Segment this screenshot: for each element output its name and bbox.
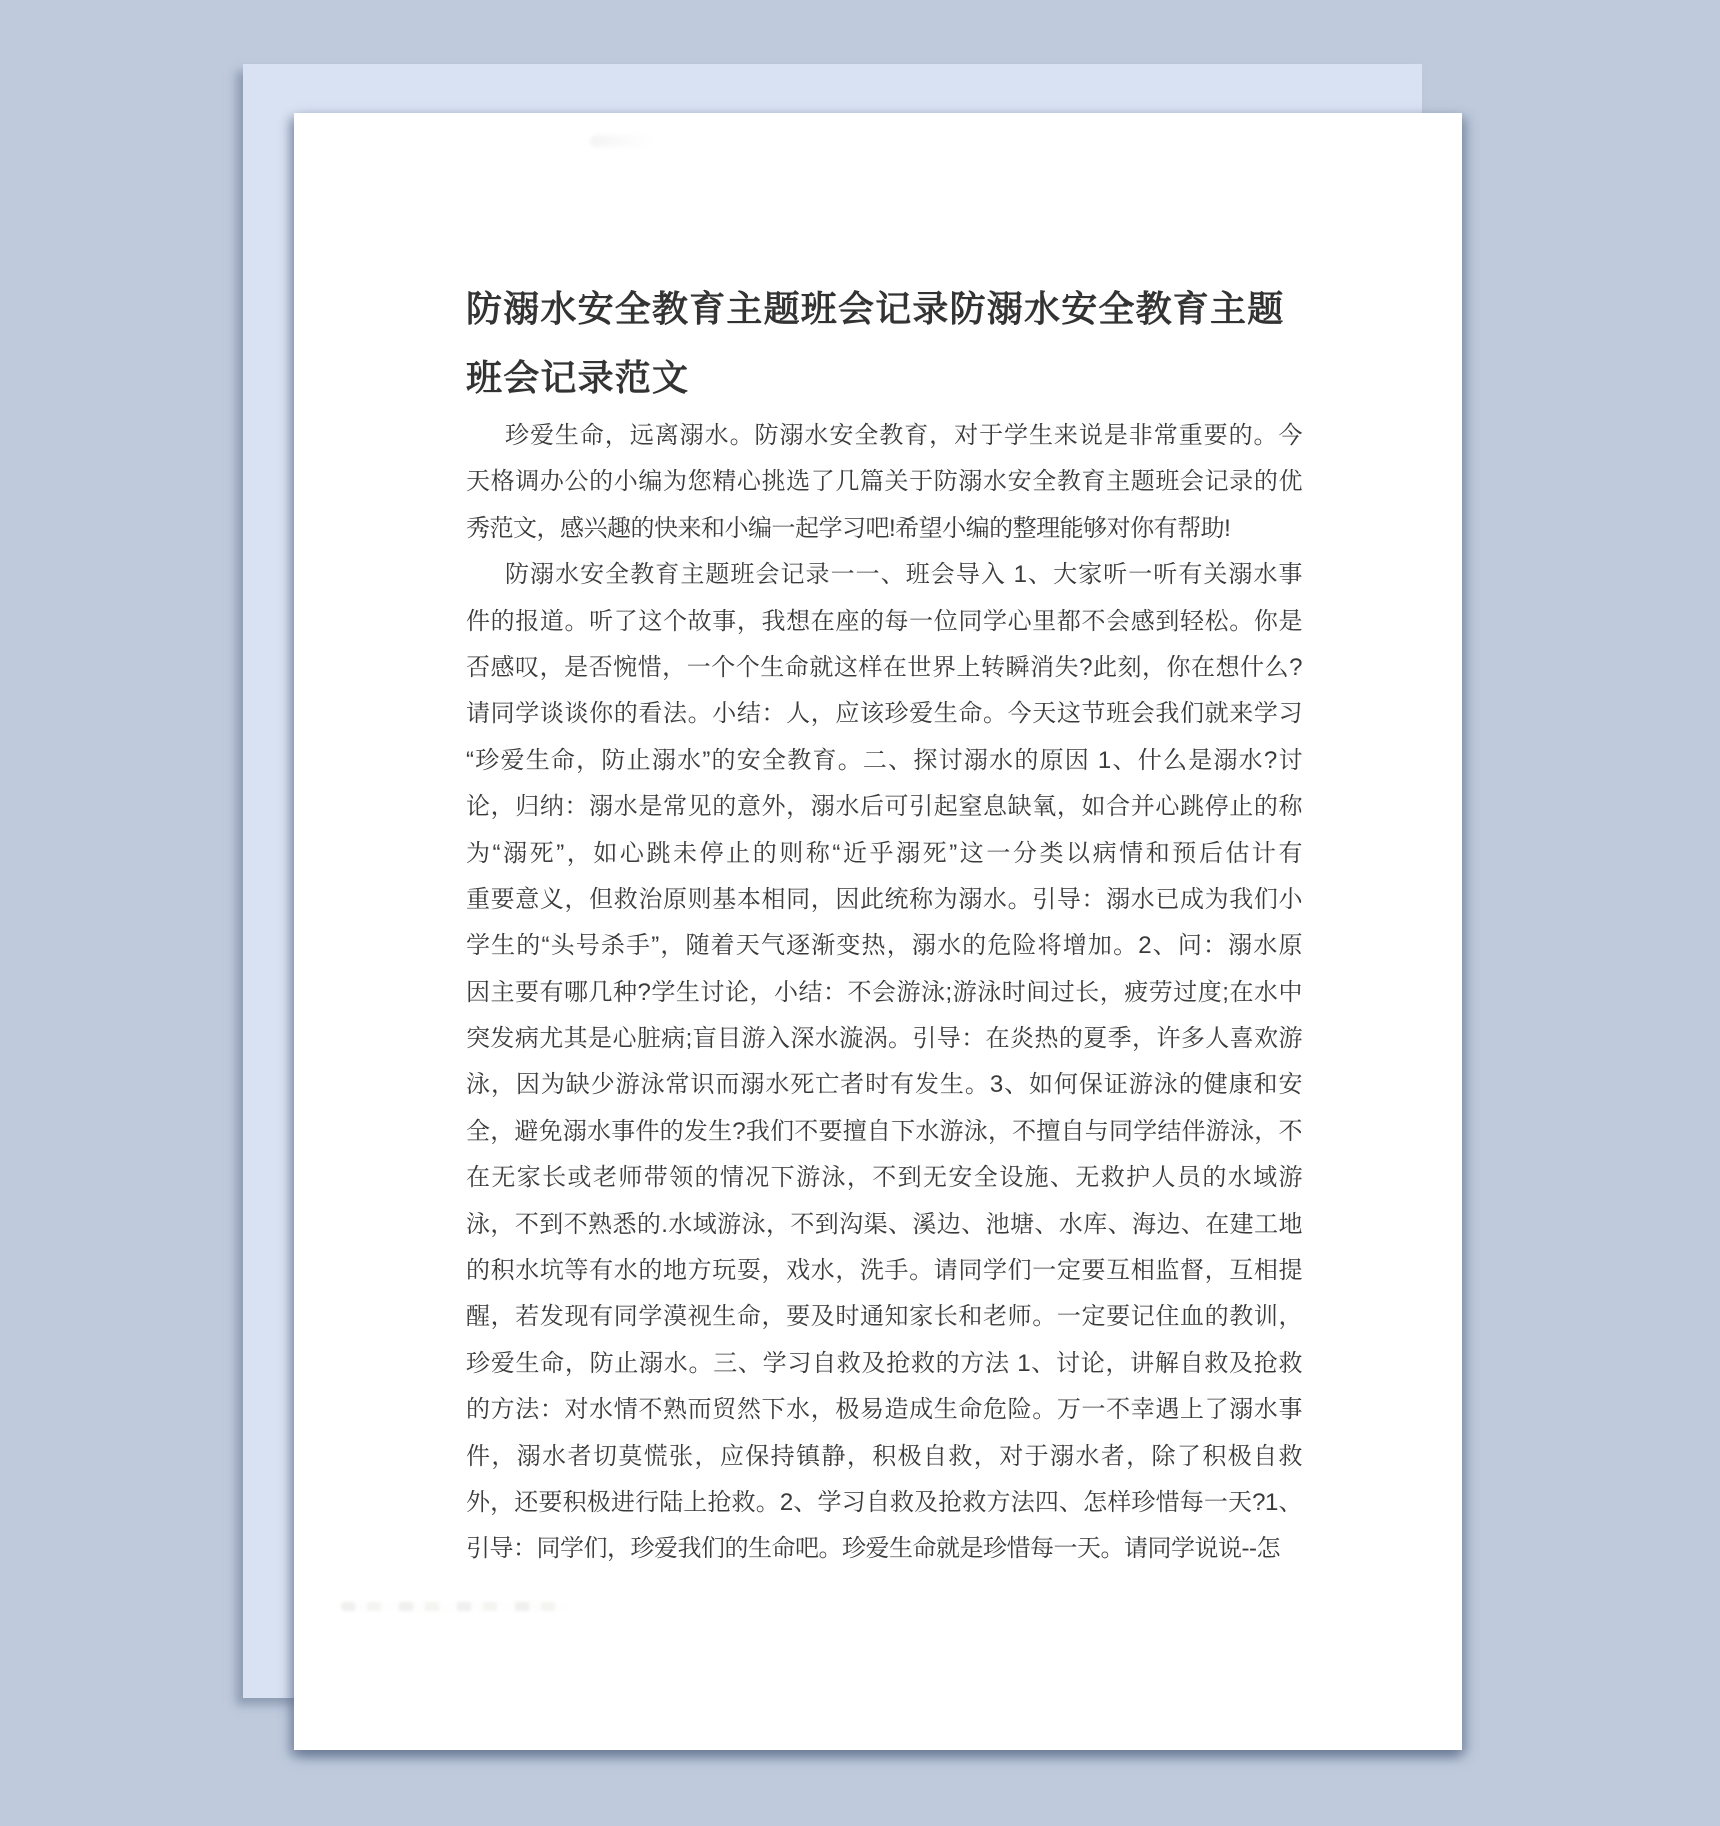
body-line: 突发病尤其是心脏病;盲目游入深水漩涡。引导：在炎热的夏季，许多人喜欢游 <box>466 1016 1302 1062</box>
body-line: 在无家长或老师带领的情况下游泳，不到无安全设施、无救护人员的水域游 <box>466 1155 1302 1201</box>
body-line: “珍爱生命，防止溺水”的安全教育。二、探讨溺水的原因 1、什么是溺水?讨 <box>466 738 1302 784</box>
smudge-artifact <box>590 135 656 147</box>
body-line: 重要意义，但救治原则基本相同，因此统称为溺水。引导：溺水已成为我们小 <box>466 877 1302 923</box>
document-title-line: 班会记录范文 <box>466 343 1326 412</box>
body-line: 外，还要积极进行陆上抢救。2、学习自救及抢救方法四、怎样珍惜每一天?1、 <box>466 1480 1302 1526</box>
body-line: 全，避免溺水事件的发生?我们不要擅自下水游泳，不擅自与同学结伴游泳，不 <box>466 1109 1302 1155</box>
body-line: 因主要有哪几种?学生讨论，小结：不会游泳;游泳时间过长，疲劳过度;在水中 <box>466 970 1302 1016</box>
body-line: 泳，不到不熟悉的.水域游泳，不到沟渠、溪边、池塘、水库、海边、在建工地 <box>466 1202 1302 1248</box>
body-line: 否感叹，是否惋惜，一个个生命就这样在世界上转瞬消失?此刻，你在想什么? <box>466 645 1302 691</box>
document-body: 珍爱生命，远离溺水。防溺水安全教育，对于学生来说是非常重要的。今天格调办公的小编… <box>466 413 1302 1573</box>
body-line: 秀范文，感兴趣的快来和小编一起学习吧!希望小编的整理能够对你有帮助! <box>466 506 1302 552</box>
body-line: 防溺水安全教育主题班会记录一一、班会导入 1、大家听一听有关溺水事 <box>466 552 1302 598</box>
ghost-text-artifact <box>341 1602 567 1611</box>
document-title: 防溺水安全教育主题班会记录防溺水安全教育主题 班会记录范文 <box>466 274 1326 412</box>
document-page: 防溺水安全教育主题班会记录防溺水安全教育主题 班会记录范文 珍爱生命，远离溺水。… <box>294 113 1462 1750</box>
document-title-line: 防溺水安全教育主题班会记录防溺水安全教育主题 <box>466 274 1326 343</box>
body-line: 珍爱生命，防止溺水。三、学习自救及抢救的方法 1、讨论，讲解自救及抢救 <box>466 1341 1302 1387</box>
body-line: 为“溺死”，如心跳未停止的则称“近乎溺死”这一分类以病情和预后估计有 <box>466 831 1302 877</box>
body-line: 的积水坑等有水的地方玩耍，戏水，洗手。请同学们一定要互相监督，互相提 <box>466 1248 1302 1294</box>
body-line: 请同学谈谈你的看法。小结：人，应该珍爱生命。今天这节班会我们就来学习 <box>466 691 1302 737</box>
body-line: 泳，因为缺少游泳常识而溺水死亡者时有发生。3、如何保证游泳的健康和安 <box>466 1062 1302 1108</box>
body-line: 件，溺水者切莫慌张，应保持镇静，积极自救，对于溺水者，除了积极自救 <box>466 1434 1302 1480</box>
body-line: 的方法：对水情不熟而贸然下水，极易造成生命危险。万一不幸遇上了溺水事 <box>466 1387 1302 1433</box>
body-line: 引导：同学们，珍爱我们的生命吧。珍爱生命就是珍惜每一天。请同学说说--怎 <box>466 1526 1302 1572</box>
body-line: 件的报道。听了这个故事，我想在座的每一位同学心里都不会感到轻松。你是 <box>466 599 1302 645</box>
body-line: 天格调办公的小编为您精心挑选了几篇关于防溺水安全教育主题班会记录的优 <box>466 459 1302 505</box>
body-line: 珍爱生命，远离溺水。防溺水安全教育，对于学生来说是非常重要的。今 <box>466 413 1302 459</box>
body-line: 学生的“头号杀手”，随着天气逐渐变热，溺水的危险将增加。2、问：溺水原 <box>466 923 1302 969</box>
body-line: 醒，若发现有同学漠视生命，要及时通知家长和老师。一定要记住血的教训， <box>466 1294 1302 1340</box>
desktop-background: 防溺水安全教育主题班会记录防溺水安全教育主题 班会记录范文 珍爱生命，远离溺水。… <box>0 0 1720 1826</box>
body-line: 论，归纳：溺水是常见的意外，溺水后可引起窒息缺氧，如合并心跳停止的称 <box>466 784 1302 830</box>
